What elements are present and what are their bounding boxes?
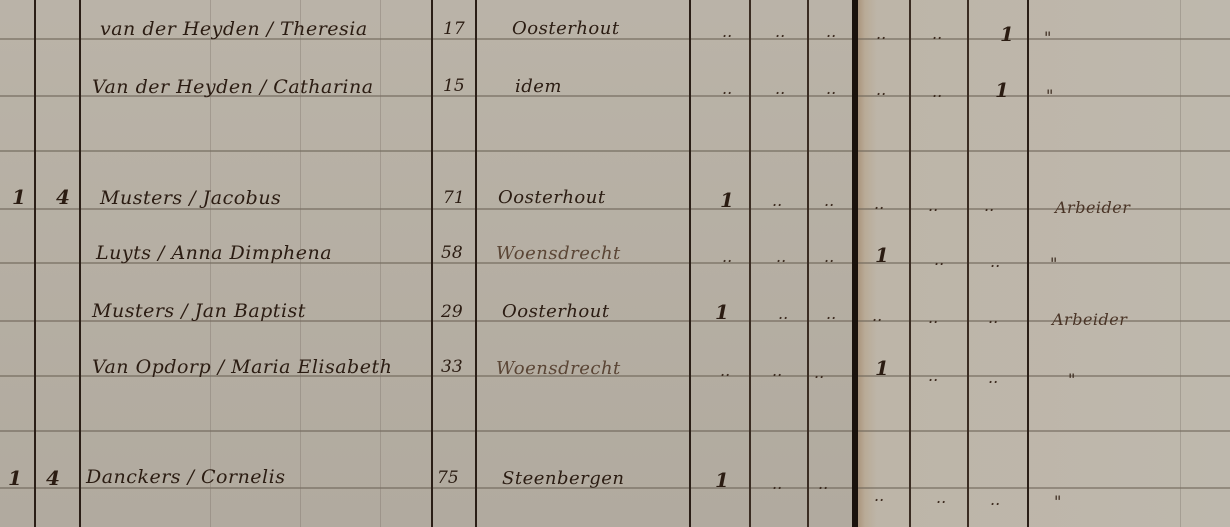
col-3-mark: .. [824,249,834,265]
col-3-mark: .. [818,476,828,492]
occupation: " [1046,88,1053,104]
column-rule [749,0,751,527]
col-1-mark: .. [722,24,732,40]
col-4-mark: .. [874,196,884,212]
person-age: 33 [441,359,463,376]
faint-guide-line [380,0,381,527]
column-rule [475,0,477,527]
col-6-mark: .. [984,198,994,214]
col-3-mark: .. [824,193,834,209]
col-5-mark: .. [928,310,938,326]
person-age: 17 [443,21,465,38]
col-2-mark: .. [772,363,782,379]
birthplace: Steenbergen [502,470,625,488]
col-1-mark: .. [722,81,732,97]
person-name: Van Opdorp / Maria Elisabeth [92,358,392,377]
col-3-mark: .. [814,365,824,381]
column-rule [807,0,809,527]
col-4-mark: .. [874,488,884,504]
birthplace: idem [515,78,562,96]
col-6-mark: .. [988,310,998,326]
col-3-mark: .. [826,24,836,40]
page-binding [852,0,858,527]
person-name: Musters / Jacobus [100,189,281,208]
person-age: 29 [441,304,463,321]
person-age: 58 [441,245,463,262]
occupation: Arbeider [1052,312,1127,328]
col-1-mark: 1 [715,302,729,322]
col-2-mark: .. [775,81,785,97]
occupation: " [1050,256,1057,272]
col-6-mark: 1 [995,80,1009,100]
ledger-page: van der Heyden / Theresia 17 Oosterhout … [0,0,1230,527]
col-1-mark: 1 [720,190,734,210]
col-4-mark: 1 [875,358,889,378]
col-5-mark: .. [928,198,938,214]
ruled-line [0,430,1230,432]
col-5-mark: .. [932,84,942,100]
birthplace: Oosterhout [498,189,606,207]
col-2-mark: .. [772,476,782,492]
occupation: " [1044,30,1051,46]
col-5-mark: .. [928,368,938,384]
col-2-mark: .. [772,193,782,209]
person-age: 71 [443,190,465,207]
col-4-mark: .. [876,82,886,98]
column-rule [1027,0,1029,527]
household-number: 1 [12,187,26,207]
col-5-mark: .. [934,252,944,268]
col-6-mark: .. [988,370,998,386]
household-number: 1 [8,468,22,488]
birthplace: Woensdrecht [496,245,621,263]
household-count: 4 [56,187,70,207]
person-age: 75 [437,470,459,487]
column-rule [79,0,81,527]
birthplace: Oosterhout [512,20,620,38]
occupation: Arbeider [1055,200,1130,216]
col-6-mark: 1 [1000,24,1014,44]
column-rule [689,0,691,527]
person-name: Danckers / Cornelis [86,468,285,487]
col-4-mark: .. [876,26,886,42]
col-4-mark: 1 [875,245,889,265]
column-rule [909,0,911,527]
col-4-mark: .. [872,308,882,324]
birthplace: Woensdrecht [496,360,621,378]
col-2-mark: .. [775,24,785,40]
col-5-mark: .. [932,26,942,42]
col-5-mark: .. [936,490,946,506]
column-rule [431,0,433,527]
person-name: Luyts / Anna Dimphena [96,244,332,263]
col-1-mark: 1 [715,470,729,490]
birthplace: Oosterhout [502,303,610,321]
person-name: van der Heyden / Theresia [100,20,368,39]
faint-guide-line [1180,0,1181,527]
col-3-mark: .. [826,306,836,322]
right-page [857,0,1230,527]
col-6-mark: .. [990,492,1000,508]
col-6-mark: .. [990,254,1000,270]
col-2-mark: .. [776,249,786,265]
col-1-mark: .. [720,363,730,379]
person-name: Van der Heyden / Catharina [92,78,374,97]
col-2-mark: .. [778,306,788,322]
person-age: 15 [443,78,465,95]
ruled-line [0,150,1230,152]
col-3-mark: .. [826,81,836,97]
col-1-mark: .. [722,249,732,265]
occupation: " [1068,372,1075,388]
occupation: " [1054,494,1061,510]
person-name: Musters / Jan Baptist [92,302,306,321]
household-count: 4 [46,468,60,488]
column-rule [34,0,36,527]
column-rule [967,0,969,527]
